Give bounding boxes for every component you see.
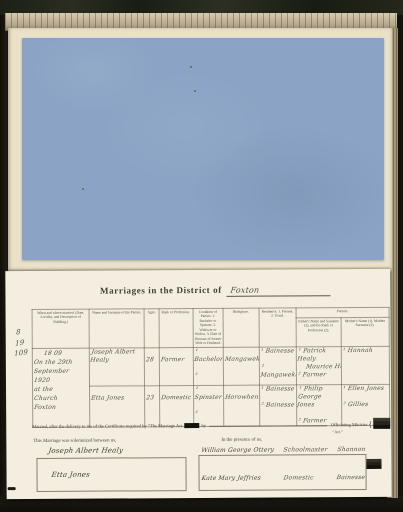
groom-signature: Joseph Albert Healy [48,446,123,454]
cell-groom-condition: ¹ Bachelor ² [193,347,224,385]
ink-smudge [8,487,16,490]
marriage-certificate-page: 8 19 109 Marriages in the District of Fo… [5,269,391,499]
register-book-photo: 8 19 109 Marriages in the District of Fo… [0,0,403,512]
paper-speck [190,66,192,68]
solemnized-label: This Marriage was solemnized between us, [33,439,116,445]
statement-fragment: “Act.” [333,429,343,434]
table-row-groom: 18 09 On the 29th September 1920 at the … [32,346,389,386]
col-header-when-where: When and where married. (Date, Locality,… [32,309,89,348]
statement-text-after: by [201,423,206,429]
minister-stamp-box [373,418,390,429]
col-header-parents: Parents. [296,307,389,318]
when-line: 18 09 [43,349,88,358]
paper-speck [194,90,196,92]
witness-signature: Kate Mary Jeffries Domestic Bainesse [200,474,368,482]
district-handwritten: Foxton [230,286,260,296]
presence-label: In the presence of us, [221,438,262,443]
minister-signature-line [209,419,328,427]
when-line: Church [33,394,88,403]
upper-page [8,28,392,272]
when-line: 1920 [33,376,88,385]
col-header-ages: Ages. [144,309,159,348]
page-title: Marriages in the District of Foxton [65,284,365,298]
col-header-names: Name and Surname of the Parties. [89,309,145,348]
district-field: Foxton [227,285,331,297]
parties-signature-box: Etta Jones [36,457,186,492]
margin-registration-numbers: 8 19 109 [7,326,33,360]
when-line: at the [33,385,88,394]
witnesses-signature-box: William George Ottery Schoolmaster Shann… [198,454,366,491]
redaction-stamp: “Act.” [184,423,199,428]
col-header-rank: Rank or Profession. [159,309,193,348]
margin-number: 109 [10,347,32,360]
title-text: Marriages in the District of [100,285,222,296]
paper-speck [82,188,84,190]
bride-signature: Etta Jones [52,471,90,479]
when-line: On the 29th [33,358,88,367]
col-header-father: Father's Name and Surname (1), and his R… [296,318,341,347]
witness-signature: William George Ottery Schoolmaster Shann… [199,446,367,454]
brace-glyph: { [368,420,372,430]
cell-groom-age: 28 [145,348,159,386]
minister-label: Officiating Minister. [331,422,369,428]
registrar-stamp-box [366,459,381,469]
cell-groom-residence: ¹ Bainesse ² Mangaweka [259,347,297,385]
marriage-act-statement: Married, after the delivery to me of the… [32,415,390,432]
marriage-register-table: When and where married. (Date, Locality,… [32,307,391,428]
blue-blotting-sheet [22,38,384,260]
col-header-mother: Mother's Name (1), Maiden Surname (2). [341,317,389,346]
when-line: September [33,367,88,376]
cell-groom-name: Joseph Albert Healy [89,348,145,386]
col-header-birthplace: Birthplace. [223,308,259,347]
col-header-residence: Residence. 1. Present. 2. Usual. [259,308,297,347]
cell-groom-father: ¹ Patrick Healy Maurice Healy ² Farmer [296,347,341,385]
cell-groom-mother: ¹ Hannah [341,346,389,384]
when-line: Foxton [34,403,89,412]
cell-groom-rank: Farmer [159,347,193,385]
cell-groom-birthplace: Mangaweka [223,347,259,385]
col-header-condition: Condition of Parties. 1. Bachelor or Spi… [193,308,224,347]
statement-text: Married, after the delivery to me of the… [32,423,182,430]
